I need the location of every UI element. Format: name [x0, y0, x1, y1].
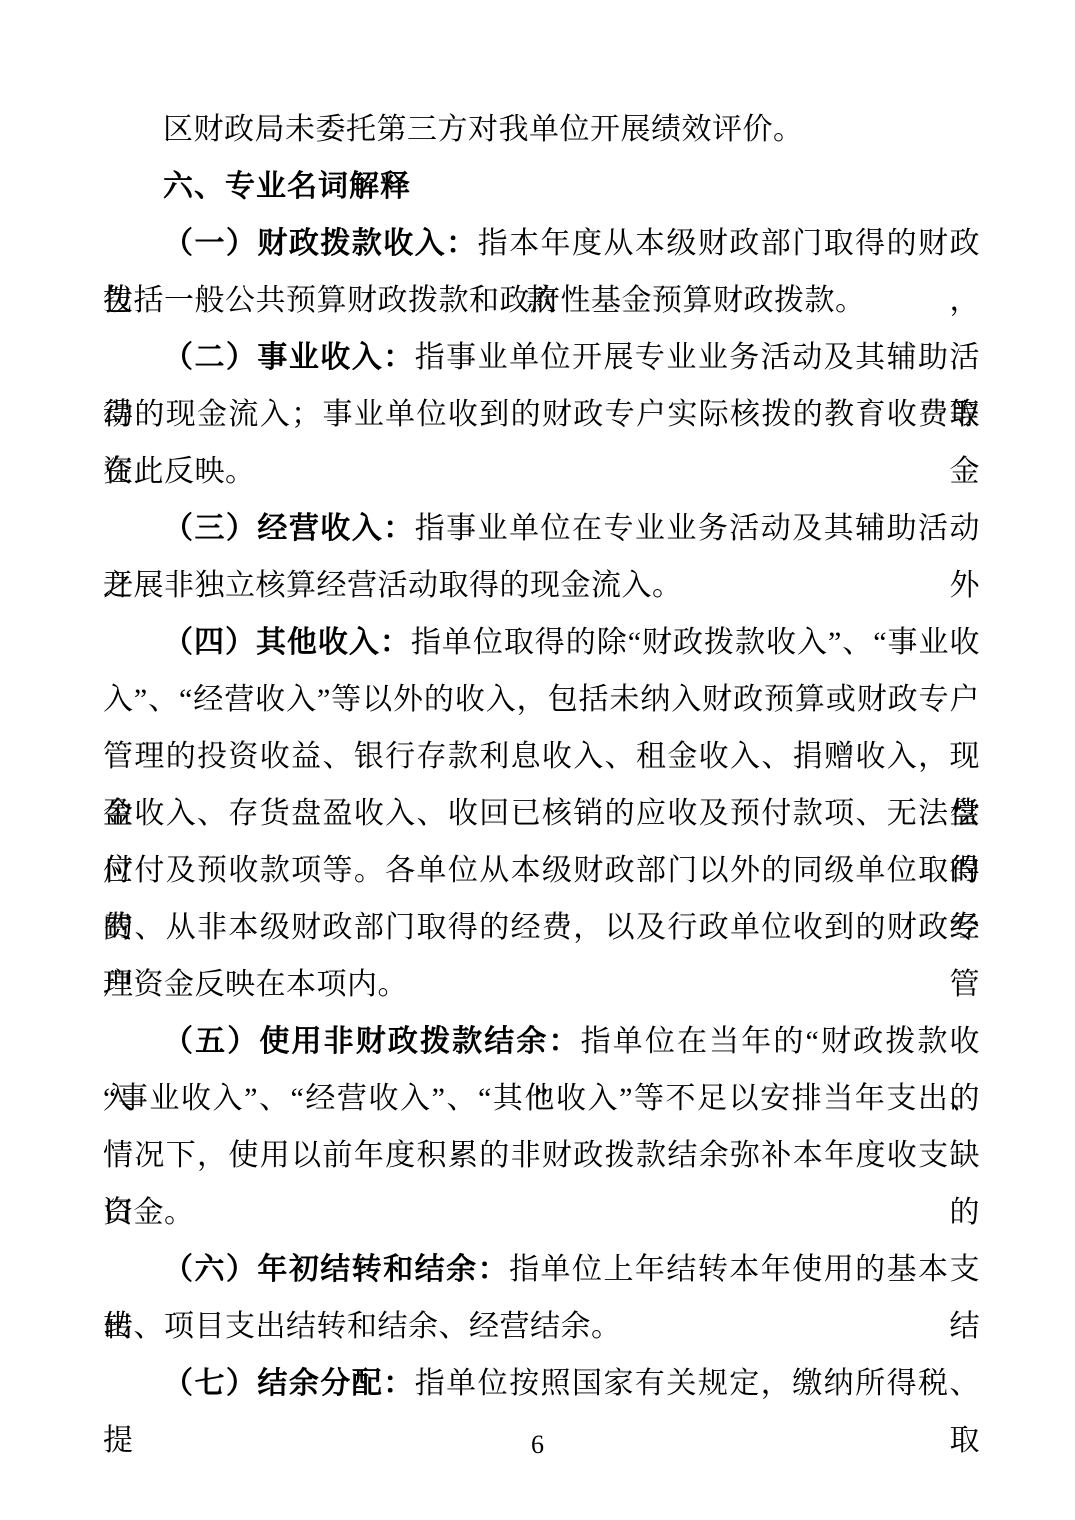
term-label: （五）使用非财政拨款结余：: [163, 1025, 581, 1058]
line-text: 理资金反映在本项内。: [103, 968, 408, 1001]
document-body: 区财政局未委托第三方对我单位开展绩效评价。 六、专业名词解释 （一）财政拨款收入…: [103, 101, 980, 1412]
section-heading: 六、专业名词解释: [103, 158, 980, 215]
text-line: 应付及预收款项等。各单位从本级财政部门以外的同级单位取得的经: [103, 842, 980, 899]
text-line: （七）结余分配：指单位按照国家有关规定，缴纳所得税、提取: [103, 1355, 980, 1412]
text-line: （五）使用非财政拨款结余：指单位在当年的“财政拨款收入”、: [103, 1013, 980, 1070]
document-page: 区财政局未委托第三方对我单位开展绩效评价。 六、专业名词解释 （一）财政拨款收入…: [0, 0, 1075, 1520]
line-text: 包括一般公共预算财政拨款和政府性基金预算财政拨款。: [103, 284, 866, 317]
term-label: （一）财政拨款收入：: [163, 227, 478, 260]
text-line: （六）年初结转和结余：指单位上年结转本年使用的基本支出结: [103, 1241, 980, 1298]
text-line: 情况下，使用以前年度积累的非财政拨款结余弥补本年度收支缺口的: [103, 1127, 980, 1184]
term-label: （七）结余分配：: [163, 1367, 415, 1400]
line-text: 转、项目支出结转和结余、经营结余。: [103, 1310, 622, 1343]
line-text: 情况下，使用以前年度积累的非财政拨款结余弥补本年度收支缺口的: [103, 1139, 980, 1229]
line-text: 在此反映。: [103, 455, 256, 488]
line-text: 资金。: [103, 1196, 195, 1229]
text-line: 区财政局未委托第三方对我单位开展绩效评价。: [103, 101, 980, 158]
term-label: （四）其他收入：: [163, 626, 411, 659]
line-text: “事业收入”、“经营收入”、“其他收入”等不足以安排当年支出的: [103, 1082, 980, 1115]
text-line: 费、从非本级财政部门取得的经费，以及行政单位收到的财政专户管: [103, 899, 980, 956]
text-line: 管理的投资收益、银行存款利息收入、租金收入、捐赠收入，现金盘: [103, 728, 980, 785]
line-text: 指单位取得的除“财政拨款收入”、“事业收: [411, 626, 980, 659]
page-number: 6: [0, 1430, 1075, 1460]
term-label: （三）经营收入：: [163, 512, 415, 545]
text-line: （四）其他收入：指单位取得的除“财政拨款收入”、“事业收: [103, 614, 980, 671]
term-label: （六）年初结转和结余：: [163, 1253, 509, 1286]
text-line: （三）经营收入：指事业单位在专业业务活动及其辅助活动之外: [103, 500, 980, 557]
text-line: “事业收入”、“经营收入”、“其他收入”等不足以安排当年支出的: [103, 1070, 980, 1127]
text-line: 入”、“经营收入”等以外的收入，包括未纳入财政预算或财政专户: [103, 671, 980, 728]
section-heading-text: 六、专业名词解释: [163, 170, 411, 203]
text-line: 得的现金流入；事业单位收到的财政专户实际核拨的教育收费等资金: [103, 386, 980, 443]
text-line: 盈收入、存货盘盈收入、收回已核销的应收及预付款项、无法偿付的: [103, 785, 980, 842]
term-label: （二）事业收入：: [163, 341, 415, 374]
text-line: 包括一般公共预算财政拨款和政府性基金预算财政拨款。: [103, 272, 980, 329]
text-line: （一）财政拨款收入：指本年度从本级财政部门取得的财政拨款，: [103, 215, 980, 272]
line-text: 入”、“经营收入”等以外的收入，包括未纳入财政预算或财政专户: [103, 683, 980, 716]
line-text: 区财政局未委托第三方对我单位开展绩效评价。: [163, 113, 804, 146]
line-text: 开展非独立核算经营活动取得的现金流入。: [103, 569, 683, 602]
text-line: （二）事业收入：指事业单位开展专业业务活动及其辅助活动取: [103, 329, 980, 386]
